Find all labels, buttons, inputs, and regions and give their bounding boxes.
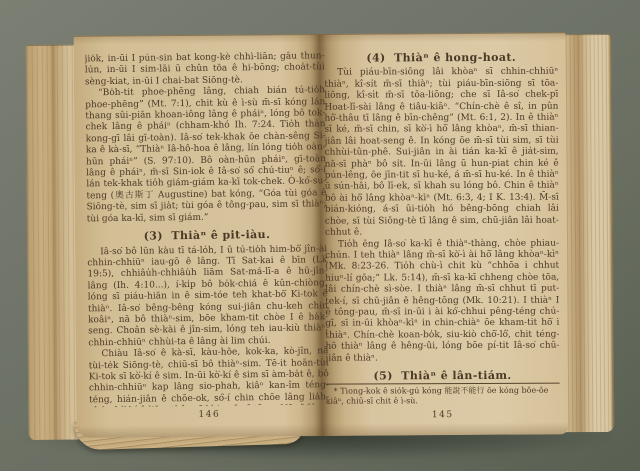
right-page-text: (4) Thiàⁿ ê hong-hoat. Tùi piáu-bīn-siōn… [324, 46, 559, 381]
left-page-stack-edge [26, 45, 82, 440]
section-4-heading: (4) Thiàⁿ ê hong-hoat. [324, 52, 558, 64]
footnote-text: * Tiong-kok ê sio̍k-gú kóng 能說不能行 ōe kón… [326, 386, 560, 407]
section-5-heading: (5) Thiàⁿ ê lân-tiám. [326, 370, 560, 381]
footnote: * Tiong-kok ê sio̍k-gú kóng 能說不能行 ōe kón… [326, 383, 560, 407]
left-page: jio̍k, in-ūi I pún-sin bat kong-kè chhì-… [85, 51, 330, 422]
paragraph-criticism: “Bo̍h-tit phoe-phēng lâng, chiah bián tú… [85, 85, 327, 225]
left-page-number: 146 [89, 408, 329, 423]
section-3-heading: (3) Thiàⁿ ê pit-iàu. [87, 228, 327, 243]
left-page-text: jio̍k, in-ūi I pún-sin bat kong-kè chhì-… [85, 51, 330, 407]
open-book: jio̍k, in-ūi I pún-sin bat kong-kè chhì-… [26, 32, 615, 444]
paragraph-continuation: jio̍k, in-ūi I pún-sin bat kong-kè chhì-… [85, 51, 325, 88]
right-page-number: 145 [326, 409, 560, 421]
paragraph-need-2: Chiàu Iâ-so͘ ê kà-sī, kàu-hōe, kok-ka, k… [88, 346, 329, 407]
paragraph-method-2: Tio̍h ēng Iâ-so͘ ka-kī ê thiàⁿ-thàng, ch… [325, 238, 560, 364]
right-page: (4) Thiàⁿ ê hong-hoat. Tùi piáu-bīn-siōn… [324, 46, 560, 422]
paragraph-method-1: Tùi piáu-bīn-siōng lâi khòaⁿ sī chhin-ch… [324, 67, 559, 239]
photo-background: jio̍k, in-ūi I pún-sin bat kong-kè chhì-… [0, 0, 640, 471]
right-page-stack-edge [562, 34, 615, 432]
paragraph-need-1: Iâ-so͘ bô lūn kàu tī tá-lo̍h, I ū tú-tio… [87, 244, 328, 350]
page-spread: jio̍k, in-ūi I pún-sin bat kong-kè chhì-… [74, 32, 569, 437]
